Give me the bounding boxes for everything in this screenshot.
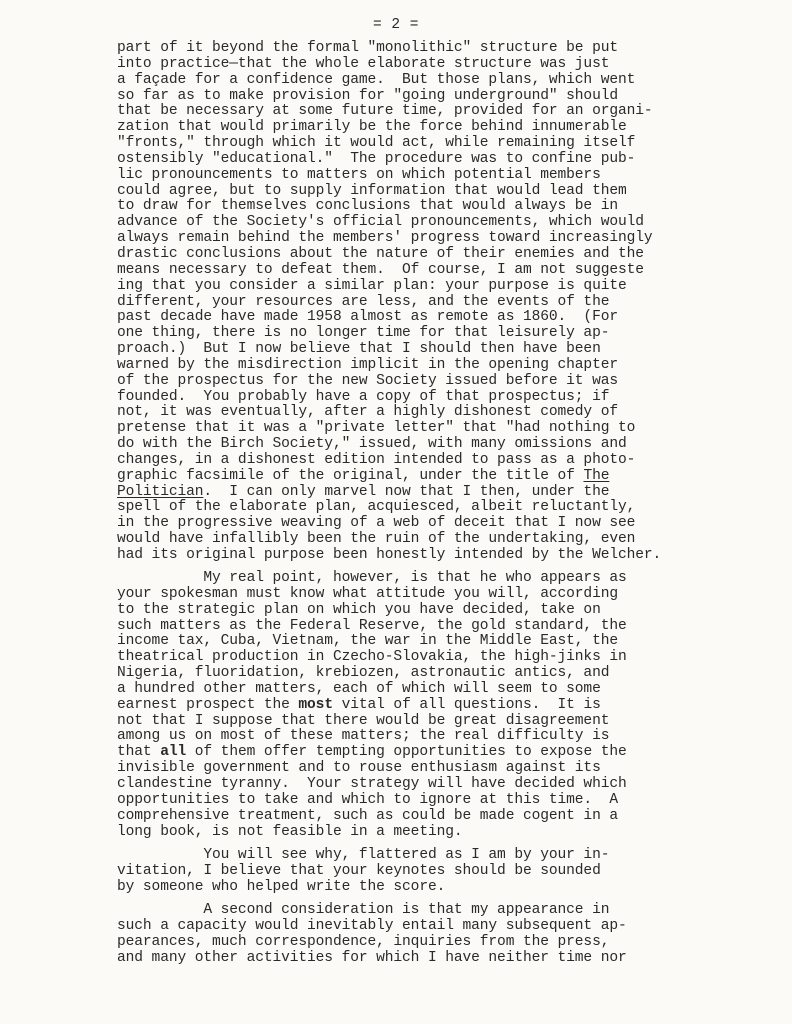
text-line: of the prospectus for the new Society is… [117, 374, 757, 390]
text-line: not, it was eventually, after a highly d… [117, 405, 757, 421]
text-line: not that I suppose that there would be g… [117, 714, 757, 730]
text-line: one thing, there is no longer time for t… [117, 326, 757, 342]
text-fragment: of them offer tempting opportunities to … [186, 744, 627, 760]
text-line: to the strategic plan on which you have … [117, 603, 757, 619]
text-fragment: that [117, 744, 160, 760]
text-line: into practice—that the whole elaborate s… [117, 57, 757, 73]
text-line: ostensibly "educational." The procedure … [117, 152, 757, 168]
paragraph-1: part of it beyond the formal "monolithic… [117, 41, 757, 564]
text-line: such a capacity would inevitably entail … [117, 919, 757, 935]
text-line: do with the Birch Society," issued, with… [117, 437, 757, 453]
text-line: theatrical production in Czecho-Slovakia… [117, 650, 757, 666]
text-line: means necessary to defeat them. Of cours… [117, 263, 757, 279]
text-line: pearances, much correspondence, inquirie… [117, 935, 757, 951]
text-line-with-title: graphic facsimile of the original, under… [117, 469, 757, 485]
text-fragment: graphic facsimile of the original, under… [117, 468, 583, 484]
text-line: ing that you consider a similar plan: yo… [117, 279, 757, 295]
text-line: had its original purpose been honestly i… [117, 548, 757, 564]
text-line: different, your resources are less, and … [117, 295, 757, 311]
text-line-with-bold: that all of them offer tempting opportun… [117, 745, 757, 761]
text-line: pretense that it was a "private letter" … [117, 421, 757, 437]
paragraph-2: My real point, however, is that he who a… [117, 571, 757, 840]
text-line: zation that would primarily be the force… [117, 120, 757, 136]
text-fragment: vital of all questions. It is [333, 697, 601, 713]
text-line: You will see why, flattered as I am by y… [117, 848, 757, 864]
book-title-underlined: Politician [117, 484, 203, 500]
text-line: a hundred other matters, each of which w… [117, 682, 757, 698]
text-line: drastic conclusions about the nature of … [117, 247, 757, 263]
page-number: = 2 = [0, 17, 792, 33]
text-line: A second consideration is that my appear… [117, 903, 757, 919]
text-line: in the progressive weaving of a web of d… [117, 516, 757, 532]
text-line: warned by the misdirection implicit in t… [117, 358, 757, 374]
text-line: such matters as the Federal Reserve, the… [117, 619, 757, 635]
text-line: spell of the elaborate plan, acquiesced,… [117, 500, 757, 516]
book-title-underlined: The [583, 468, 609, 484]
text-fragment: . I can only marvel now that I then, und… [203, 484, 609, 500]
text-line: by someone who helped write the score. [117, 880, 757, 896]
text-line: a façade for a confidence game. But thos… [117, 73, 757, 89]
text-line: changes, in a dishonest edition intended… [117, 453, 757, 469]
paragraph-4: A second consideration is that my appear… [117, 903, 757, 966]
text-line: always remain behind the members' progre… [117, 231, 757, 247]
text-line: would have infallibly been the ruin of t… [117, 532, 757, 548]
text-line: lic pronouncements to matters on which p… [117, 168, 757, 184]
text-line: vitation, I believe that your keynotes s… [117, 864, 757, 880]
text-line: proach.) But I now believe that I should… [117, 342, 757, 358]
text-line: invisible government and to rouse enthus… [117, 761, 757, 777]
emphasis-bold: most [298, 697, 333, 713]
text-line: income tax, Cuba, Vietnam, the war in th… [117, 634, 757, 650]
text-line: so far as to make provision for "going u… [117, 89, 757, 105]
text-line: opportunities to take and which to ignor… [117, 793, 757, 809]
text-line: part of it beyond the formal "monolithic… [117, 41, 757, 57]
text-line: clandestine tyranny. Your strategy will … [117, 777, 757, 793]
text-fragment: earnest prospect the [117, 697, 298, 713]
text-line: comprehensive treatment, such as could b… [117, 809, 757, 825]
text-line-with-bold: earnest prospect the most vital of all q… [117, 698, 757, 714]
text-line: and many other activities for which I ha… [117, 951, 757, 967]
emphasis-bold: all [160, 744, 186, 760]
text-line: past decade have made 1958 almost as rem… [117, 310, 757, 326]
text-line: among us on most of these matters; the r… [117, 729, 757, 745]
text-line: that be necessary at some future time, p… [117, 104, 757, 120]
text-line: Nigeria, fluoridation, krebiozen, astron… [117, 666, 757, 682]
text-line: could agree, but to supply information t… [117, 184, 757, 200]
paragraph-3: You will see why, flattered as I am by y… [117, 848, 757, 896]
text-line: long book, is not feasible in a meeting. [117, 825, 757, 841]
text-line: "fronts," through which it would act, wh… [117, 136, 757, 152]
text-line: My real point, however, is that he who a… [117, 571, 757, 587]
text-line: to draw for themselves conclusions that … [117, 199, 757, 215]
text-line: your spokesman must know what attitude y… [117, 587, 757, 603]
text-line: founded. You probably have a copy of tha… [117, 390, 757, 406]
text-line-with-title: Politician. I can only marvel now that I… [117, 485, 757, 501]
document-page: = 2 = part of it beyond the formal "mono… [0, 0, 792, 1024]
text-line: advance of the Society's official pronou… [117, 215, 757, 231]
